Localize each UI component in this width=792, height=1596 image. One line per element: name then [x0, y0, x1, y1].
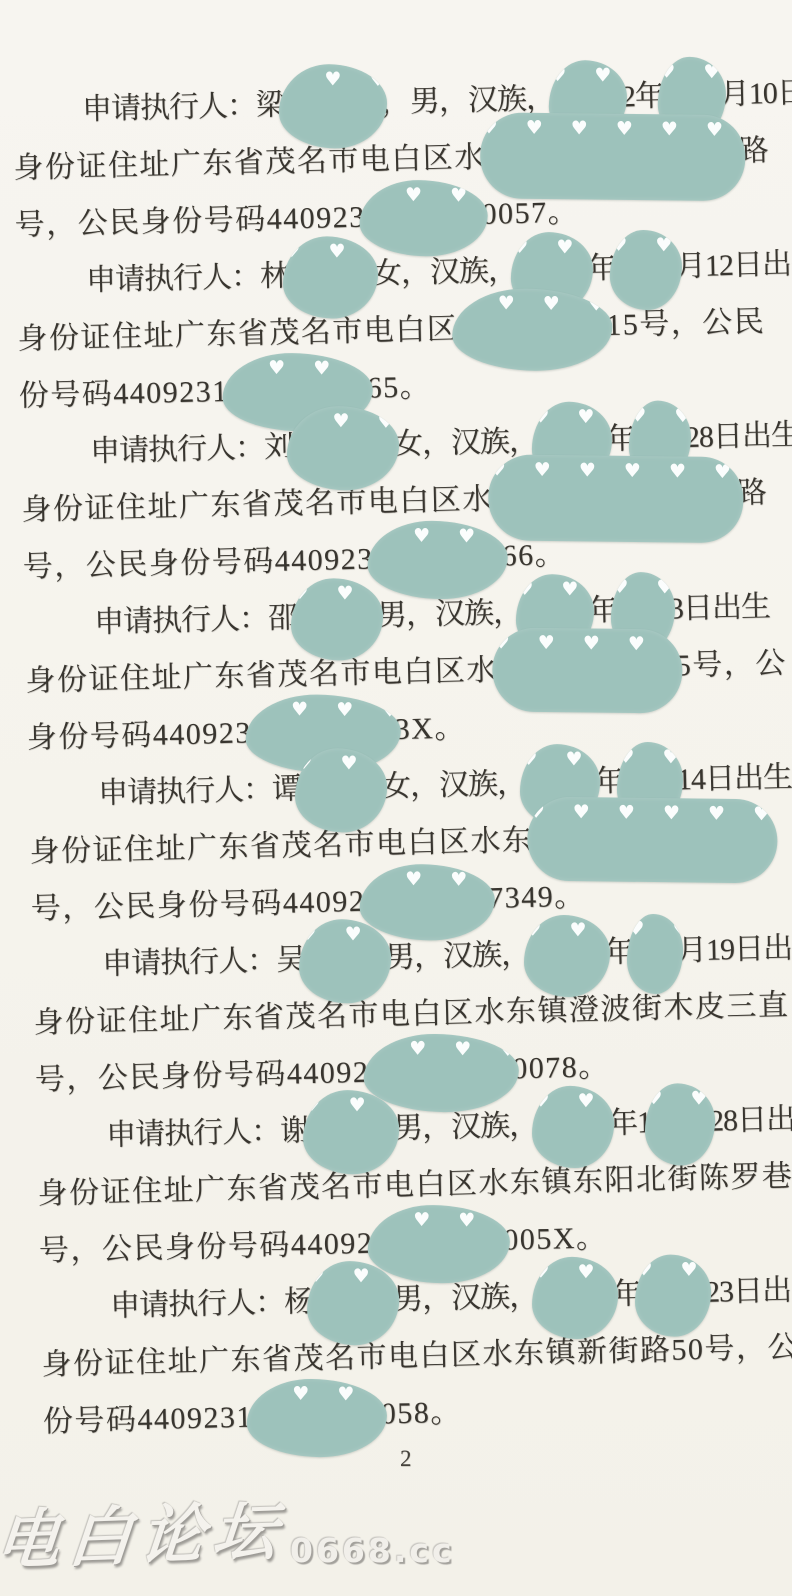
redaction-sticker: ♥ ♥ ♥ ♥ ♥ ♥ ♥ ♥ ♥ ♥ ♥ ♥ ♥ ♥ ♥ ♥	[287, 406, 400, 491]
text-run: 058。	[380, 1396, 462, 1431]
heart-pattern-icon: ♥ ♥ ♥ ♥ ♥ ♥ ♥ ♥	[609, 230, 682, 311]
text-run: 申请执行人：谢	[106, 1114, 310, 1152]
heart-pattern-icon: ♥ ♥ ♥ ♥ ♥ ♥ ♥ ♥ ♥ ♥ ♥ ♥ ♥ ♥ ♥ ♥	[279, 64, 388, 149]
redaction-sticker: ♥ ♥ ♥ ♥ ♥ ♥ ♥ ♥ ♥ ♥ ♥ ♥ ♥ ♥ ♥ ♥ ♥ ♥ ♥ ♥ …	[527, 797, 778, 884]
text-run: 申请执行人：林	[86, 259, 290, 297]
redaction-sticker: ♥ ♥ ♥ ♥ ♥ ♥ ♥ ♥ ♥ ♥ ♥ ♥	[524, 915, 611, 998]
heart-pattern-icon: ♥ ♥ ♥ ♥ ♥ ♥ ♥ ♥ ♥ ♥ ♥ ♥	[532, 1257, 619, 1340]
text-run: 男，汉族，	[393, 1109, 539, 1145]
text-run: 男，汉族，	[393, 1280, 539, 1316]
watermark-calligraphy: 电白论坛	[0, 1489, 288, 1585]
text-run: 28日出生	[685, 418, 792, 454]
text-run: 申请执行人：谭	[98, 772, 302, 810]
heart-pattern-icon: ♥ ♥ ♥ ♥ ♥ ♥ ♥ ♥ ♥ ♥ ♥ ♥ ♥ ♥ ♥ ♥ ♥ ♥ ♥ ♥ …	[487, 454, 743, 543]
heart-pattern-icon: ♥ ♥ ♥ ♥ ♥ ♥ ♥ ♥ ♥ ♥ ♥ ♥	[303, 1090, 400, 1175]
heart-pattern-icon: ♥ ♥ ♥ ♥ ♥ ♥ ♥ ♥ ♥ ♥ ♥ ♥ ♥ ♥ ♥ ♥ ♥ ♥ ♥ ♥	[452, 288, 613, 372]
redaction-sticker: ♥ ♥ ♥ ♥ ♥ ♥ ♥ ♥ ♥ ♥ ♥ ♥	[295, 748, 388, 833]
heart-pattern-icon: ♥ ♥ ♥ ♥ ♥ ♥ ♥ ♥ ♥ ♥ ♥ ♥	[635, 1254, 712, 1337]
text-run: 身份证住址广东省茂名市电白区水东镇澄波街木皮三直	[33, 989, 790, 1040]
text-run: 申请执行人：杨	[110, 1285, 314, 1323]
heart-pattern-icon: ♥ ♥ ♥ ♥ ♥ ♥ ♥ ♥ ♥ ♥ ♥ ♥ ♥ ♥ ♥ ♥ ♥ ♥ ♥ ♥	[246, 1378, 387, 1458]
redaction-sticker: ♥ ♥ ♥ ♥ ♥ ♥ ♥ ♥ ♥ ♥ ♥ ♥ ♥ ♥ ♥ ♥ ♥ ♥ ♥ ♥ …	[487, 454, 743, 543]
redaction-sticker: ♥ ♥ ♥ ♥ ♥ ♥ ♥ ♥ ♥ ♥ ♥ ♥ ♥ ♥ ♥ ♥	[359, 180, 488, 257]
text-run: 男，汉族，	[385, 938, 531, 974]
redaction-sticker: ♥ ♥ ♥ ♥ ♥ ♥ ♥ ♥ ♥ ♥ ♥ ♥ ♥ ♥ ♥ ♥ ♥ ♥ ♥ ♥ …	[491, 628, 682, 714]
text-run: 身份证住址广东省茂名市电白区	[17, 312, 459, 355]
redaction-sticker: ♥ ♥ ♥ ♥ ♥ ♥ ♥ ♥ ♥ ♥ ♥ ♥	[635, 1254, 712, 1337]
heart-pattern-icon: ♥ ♥ ♥ ♥ ♥ ♥ ♥ ♥	[645, 1083, 716, 1166]
heart-pattern-icon: ♥ ♥ ♥ ♥ ♥ ♥ ♥ ♥ ♥ ♥ ♥ ♥	[532, 1086, 615, 1169]
document-body: 申请执行人：梁♥ ♥ ♥ ♥ ♥ ♥ ♥ ♥ ♥ ♥ ♥ ♥ ♥ ♥ ♥ ♥ ，…	[0, 0, 792, 1451]
text-run: 份号码4409231	[18, 375, 229, 413]
heart-pattern-icon: ♥ ♥ ♥ ♥ ♥ ♥ ♥ ♥ ♥ ♥ ♥ ♥	[299, 919, 392, 1004]
redaction-sticker: ♥ ♥ ♥ ♥ ♥ ♥ ♥ ♥ ♥ ♥ ♥ ♥	[303, 1090, 400, 1175]
heart-pattern-icon: ♥ ♥ ♥ ♥ ♥ ♥ ♥ ♥ ♥ ♥ ♥ ♥	[307, 1261, 400, 1346]
redaction-sticker: ♥ ♥ ♥ ♥ ♥ ♥ ♥ ♥ ♥ ♥ ♥ ♥ ♥ ♥ ♥ ♥ ♥ ♥ ♥ ♥	[452, 288, 613, 372]
redaction-sticker: ♥ ♥ ♥ ♥ ♥ ♥ ♥ ♥ ♥ ♥ ♥ ♥	[299, 919, 392, 1004]
page-number: 2	[400, 1446, 413, 1472]
redaction-sticker: ♥ ♥ ♥ ♥ ♥ ♥ ♥ ♥ ♥ ♥ ♥ ♥	[532, 1257, 619, 1340]
redaction-sticker: ♥ ♥ ♥ ♥ ♥ ♥ ♥ ♥ ♥ ♥ ♥ ♥	[532, 1086, 615, 1169]
text-run: 0057。	[481, 196, 579, 231]
text-run: 7349。	[488, 880, 586, 915]
redaction-sticker: ♥ ♥ ♥ ♥ ♥ ♥ ♥ ♥ ♥ ♥ ♥ ♥	[283, 236, 379, 319]
text-run: 3日出生	[669, 590, 771, 625]
watermark-url: 0668.cc	[290, 1528, 455, 1574]
redaction-sticker: ♥ ♥ ♥ ♥ ♥ ♥ ♥ ♥ ♥ ♥ ♥ ♥ ♥ ♥ ♥ ♥ ♥ ♥ ♥ ♥	[367, 520, 508, 600]
text-run: 女，汉族，	[381, 767, 527, 803]
text-run: 身份证住址广东省茂名市电白区水东	[29, 824, 534, 869]
document-page: 申请执行人：梁♥ ♥ ♥ ♥ ♥ ♥ ♥ ♥ ♥ ♥ ♥ ♥ ♥ ♥ ♥ ♥ ，…	[0, 0, 792, 1596]
heart-pattern-icon: ♥ ♥ ♥ ♥ ♥ ♥ ♥ ♥ ♥ ♥ ♥ ♥ ♥ ♥ ♥ ♥ ♥ ♥ ♥ ♥ …	[491, 628, 682, 714]
heart-pattern-icon: ♥ ♥ ♥ ♥ ♥ ♥ ♥ ♥ ♥ ♥ ♥ ♥ ♥ ♥ ♥ ♥	[359, 180, 488, 257]
text-run: 23日出	[705, 1274, 792, 1309]
text-run: 身份证住址广东省茂名市电白区水东镇新街路50号，公民	[41, 1330, 792, 1382]
text-run: 0078。	[512, 1050, 610, 1085]
redaction-sticker: ♥ ♥ ♥ ♥ ♥ ♥ ♥ ♥	[645, 1083, 716, 1166]
text-run: 5号，公	[675, 647, 787, 683]
redaction-sticker: ♥ ♥ ♥ ♥ ♥ ♥ ♥ ♥ ♥ ♥ ♥ ♥	[307, 1261, 400, 1346]
heart-pattern-icon: ♥ ♥ ♥ ♥ ♥ ♥ ♥ ♥ ♥ ♥ ♥ ♥ ♥ ♥ ♥ ♥	[287, 406, 400, 491]
text-run: 申请执行人：梁	[82, 88, 286, 126]
text-run: 28日出	[709, 1103, 792, 1138]
redaction-sticker: ♥ ♥ ♥ ♥ ♥ ♥ ♥ ♥ ♥ ♥ ♥ ♥ ♥ ♥ ♥ ♥ ♥ ♥ ♥ ♥ …	[479, 112, 745, 201]
text-run: 身份证住址广东省茂名市电白区水	[25, 654, 498, 698]
redaction-sticker: ♥ ♥ ♥ ♥ ♥ ♥ ♥ ♥	[609, 230, 682, 311]
heart-pattern-icon: ♥ ♥ ♥ ♥ ♥ ♥ ♥ ♥ ♥ ♥ ♥ ♥ ♥ ♥ ♥ ♥ ♥ ♥ ♥ ♥ …	[527, 797, 778, 884]
heart-pattern-icon: ♥ ♥ ♥ ♥ ♥ ♥ ♥ ♥ ♥ ♥ ♥ ♥	[291, 578, 384, 661]
redaction-sticker: ♥ ♥ ♥ ♥ ♥ ♥ ♥ ♥	[627, 914, 684, 995]
heart-pattern-icon: ♥ ♥ ♥ ♥ ♥ ♥ ♥ ♥ ♥ ♥ ♥ ♥ ♥ ♥ ♥ ♥ ♥ ♥ ♥ ♥ …	[479, 112, 745, 201]
text-run: 女，汉族，	[372, 254, 518, 290]
heart-pattern-icon: ♥ ♥ ♥ ♥ ♥ ♥ ♥ ♥ ♥ ♥ ♥ ♥	[283, 236, 379, 319]
text-run: 3X。	[394, 711, 466, 746]
heart-pattern-icon: ♥ ♥ ♥ ♥ ♥ ♥ ♥ ♥	[627, 914, 684, 995]
text-run: 身份证住址广东省茂名市电白区水	[13, 141, 486, 185]
text-run: 份号码4409231	[43, 1401, 254, 1439]
redaction-sticker: ♥ ♥ ♥ ♥ ♥ ♥ ♥ ♥ ♥ ♥ ♥ ♥ ♥ ♥ ♥ ♥	[279, 64, 388, 149]
heart-pattern-icon: ♥ ♥ ♥ ♥ ♥ ♥ ♥ ♥ ♥ ♥ ♥ ♥	[295, 748, 388, 833]
text-run: 15号，公民	[606, 305, 766, 342]
text-run: 14日出生	[677, 761, 792, 797]
heart-pattern-icon: ♥ ♥ ♥ ♥ ♥ ♥ ♥ ♥ ♥ ♥ ♥ ♥	[524, 915, 611, 998]
redaction-sticker: ♥ ♥ ♥ ♥ ♥ ♥ ♥ ♥ ♥ ♥ ♥ ♥	[291, 578, 384, 661]
text-run: 申请执行人：邵	[94, 601, 298, 639]
text-run: 66。	[501, 538, 566, 573]
text-run: 申请执行人：刘	[90, 430, 294, 468]
redaction-sticker: ♥ ♥ ♥ ♥ ♥ ♥ ♥ ♥ ♥ ♥ ♥ ♥ ♥ ♥ ♥ ♥ ♥ ♥ ♥ ♥	[246, 1378, 387, 1458]
text-run: 005X。	[503, 1221, 608, 1256]
heart-pattern-icon: ♥ ♥ ♥ ♥ ♥ ♥ ♥ ♥ ♥ ♥ ♥ ♥ ♥ ♥ ♥ ♥ ♥ ♥ ♥ ♥	[367, 520, 508, 600]
text-run: 月10日出生	[719, 75, 792, 111]
watermark: 电白论坛 0668.cc	[0, 1494, 455, 1580]
text-run: 月19日出生	[677, 931, 792, 967]
text-run: 月12日出生	[675, 247, 792, 283]
text-run: 身份号码440923	[26, 716, 252, 754]
text-run: 申请执行人：吴	[102, 943, 306, 981]
text-run: 65。	[366, 370, 431, 405]
text-run: 身份证住址广东省茂名市电白区水东镇东阳北街陈罗巷	[37, 1160, 792, 1211]
